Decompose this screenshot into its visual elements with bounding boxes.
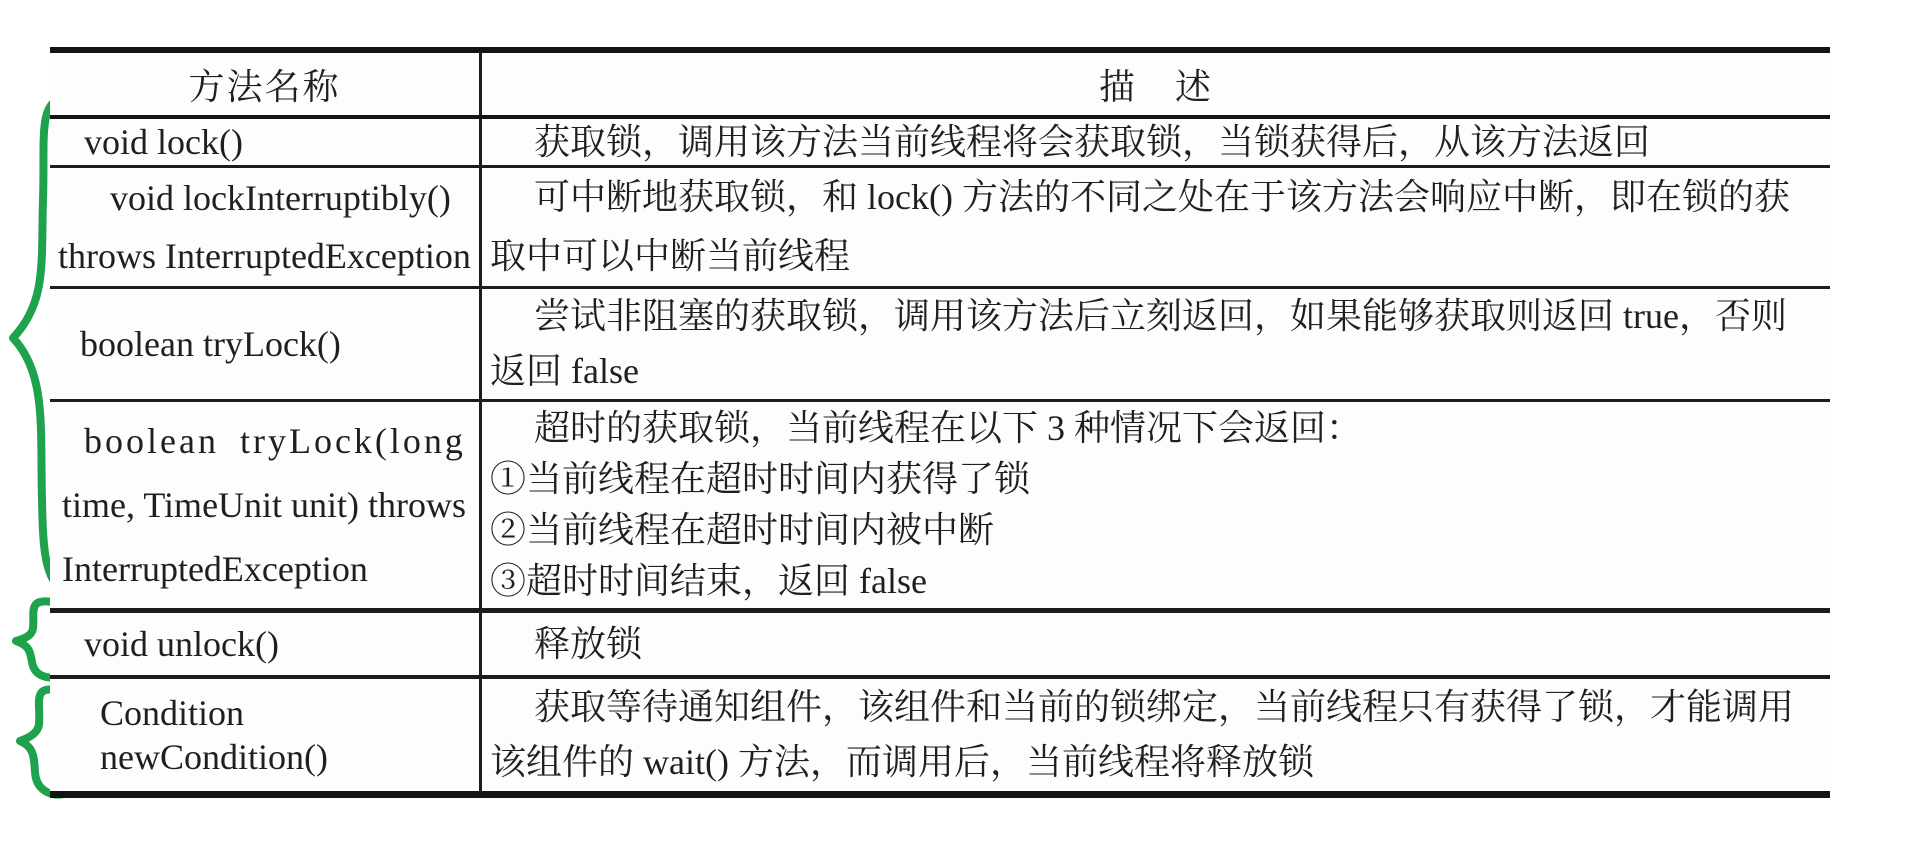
- method-description-line: ③超时时间结束，返回 false: [482, 556, 1830, 607]
- col-header-method: 方法名称: [50, 53, 482, 115]
- table-row-new-condition: Condition newCondition() 获取等待通知组件，该组件和当前…: [50, 679, 1830, 791]
- method-description-line: 超时的获取锁，当前线程在以下 3 种情况下会返回：: [482, 403, 1830, 454]
- col-header-description: 描 述: [482, 53, 1830, 115]
- method-description: 可中断地获取锁，和 lock() 方法的不同之处在于该方法会响应中断，即在锁的获…: [482, 168, 1830, 286]
- method-description: 获取等待通知组件，该组件和当前的锁绑定，当前线程只有获得了锁，才能调用该组件的 …: [482, 680, 1830, 790]
- method-description: 获取锁，调用该方法当前线程将会获取锁，当锁获得后，从该方法返回: [482, 120, 1830, 164]
- method-name-line: boolean tryLock(long: [50, 409, 479, 473]
- method-name: boolean tryLock(): [50, 322, 479, 366]
- table-header-row: 方法名称 描 述: [50, 53, 1830, 119]
- lock-methods-table: 方法名称 描 述 void lock() 获取锁，调用该方法当前线程将会获取锁，…: [50, 47, 1830, 798]
- table-row-try-lock: boolean tryLock() 尝试非阻塞的获取锁，调用该方法后立刻返回，如…: [50, 289, 1830, 402]
- method-description-line: ①当前线程在超时时间内获得了锁: [482, 454, 1830, 505]
- method-name: Condition newCondition(): [50, 691, 479, 779]
- table-row-lock-interruptibly: void lockInterruptibly() throws Interrup…: [50, 168, 1830, 289]
- table-row-try-lock-timeout: boolean tryLock(long time, TimeUnit unit…: [50, 402, 1830, 613]
- method-name: void lock(): [50, 120, 479, 164]
- method-name-line: time, TimeUnit unit) throws: [50, 473, 479, 537]
- method-description-line: ②当前线程在超时时间内被中断: [482, 505, 1830, 556]
- method-description: 释放锁: [482, 614, 1830, 674]
- method-description: 尝试非阻塞的获取锁，调用该方法后立刻返回，如果能够获取则返回 true，否则返回…: [482, 289, 1830, 399]
- method-name-line: InterruptedException: [50, 537, 479, 601]
- method-name-line: void lockInterruptibly(): [50, 169, 479, 227]
- table-row-unlock: void unlock() 释放锁: [50, 613, 1830, 679]
- table-row-lock: void lock() 获取锁，调用该方法当前线程将会获取锁，当锁获得后，从该方…: [50, 119, 1830, 168]
- method-name: void unlock(): [50, 622, 479, 666]
- method-name-line: throws InterruptedException: [50, 227, 479, 285]
